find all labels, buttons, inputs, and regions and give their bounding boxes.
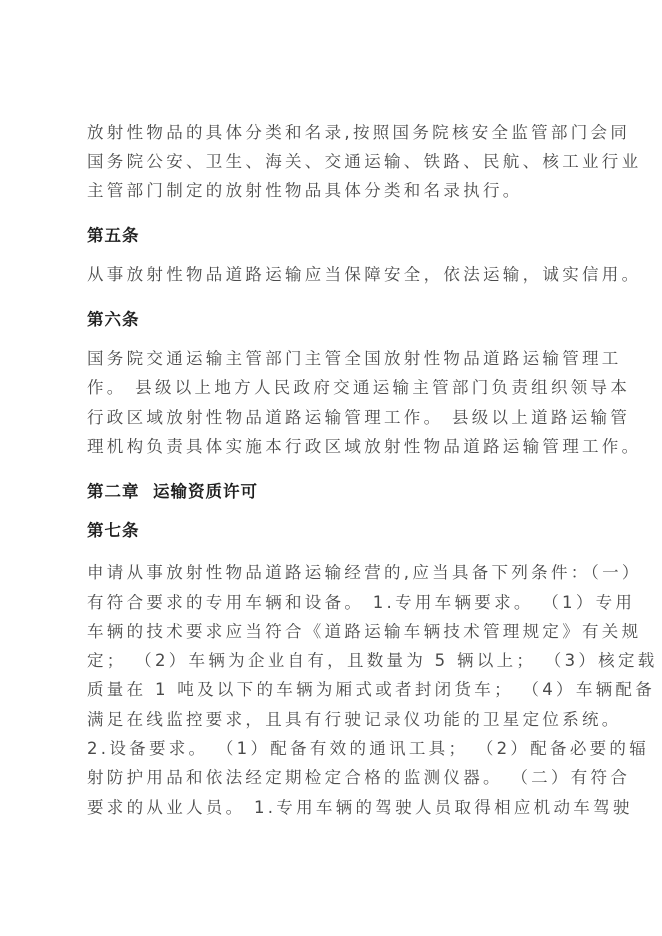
paragraph-line: 满足在线监控要求，且具有行驶记录仪功能的卫星定位系统。 xyxy=(87,710,622,730)
paragraph-line: 作。 县级以上地方人民政府交通运输主管部门负责组织领导本 xyxy=(87,378,630,398)
paragraph-line: 射防护用品和依法经定期检定合格的监测仪器。 （二）有符合 xyxy=(87,768,630,788)
paragraph-line: 要求的从业人员。 1.专用车辆的驾驶人员取得相应机动车驾驶 xyxy=(87,798,633,818)
chapter-heading: 第二章 运输资质许可 xyxy=(87,482,258,502)
article-heading: 第七条 xyxy=(87,521,140,541)
paragraph-line: 主管部门制定的放射性物品具体分类和名录执行。 xyxy=(87,181,523,201)
paragraph-line: 国务院公安、卫生、海关、交通运输、铁路、民航、核工业行业 xyxy=(87,152,641,172)
paragraph-line: 定； （2）车辆为企业自有，且数量为 5 辆以上； （3）核定载 xyxy=(87,651,658,671)
paragraph-line: 2.设备要求。 （1）配备有效的通讯工具； （2）配备必要的辐 xyxy=(87,739,649,759)
paragraph-line: 有符合要求的专用车辆和设备。 1.专用车辆要求。 （1）专用 xyxy=(87,593,635,613)
paragraph-line: 行政区域放射性物品道路运输管理工作。 县级以上道路运输管 xyxy=(87,408,630,428)
paragraph-line: 申请从事放射性物品道路运输经营的,应当具备下列条件：（一） xyxy=(87,563,642,583)
paragraph-line: 质量在 1 吨及以下的车辆为厢式或者封闭货车； （4）车辆配备 xyxy=(87,680,655,700)
article-heading: 第六条 xyxy=(87,310,140,330)
paragraph-line: 放射性物品的具体分类和名录,按照国务院核安全监管部门会同 xyxy=(87,123,630,143)
paragraph-line: 国务院交通运输主管部门主管全国放射性物品道路运输管理工 xyxy=(87,349,622,369)
paragraph-line: 车辆的技术要求应当符合《道路运输车辆技术管理规定》有关规 xyxy=(87,622,641,642)
paragraph-line: 从事放射性物品道路运输应当保障安全，依法运输，诚实信用。 xyxy=(87,265,641,285)
article-heading: 第五条 xyxy=(87,226,140,246)
paragraph-line: 理机构负责具体实施本行政区域放射性物品道路运输管理工作。 xyxy=(87,437,641,457)
